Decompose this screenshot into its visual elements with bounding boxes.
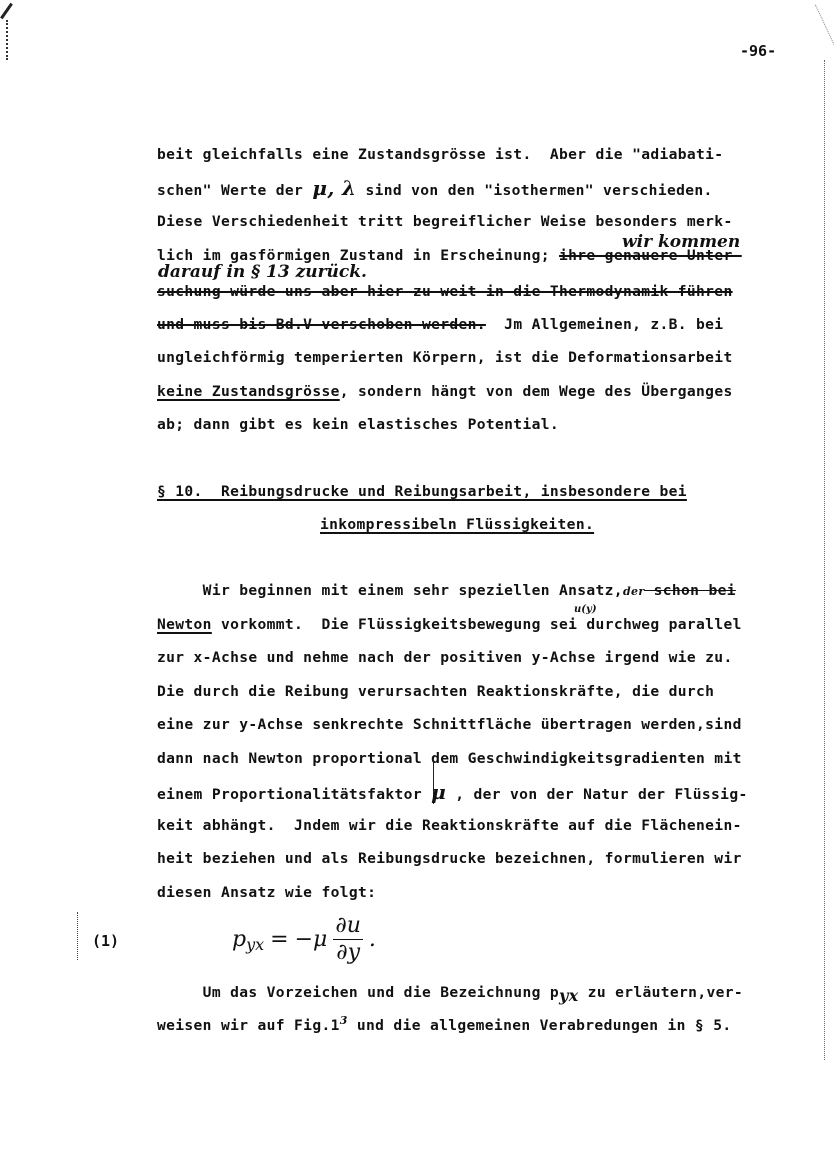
document-page: -96- beit gleichfalls eine Zustandsgröss… <box>0 0 834 1169</box>
text-span: Wir beginnen mit einem sehr speziellen A… <box>157 582 623 599</box>
handwritten-correction: 3 <box>340 1014 348 1027</box>
text-line: Wir beginnen mit einem sehr speziellen A… <box>157 582 736 601</box>
equation-coefficient: −μ <box>295 927 328 952</box>
text-span: Um das Vorzeichen und die Bezeichnung p <box>157 984 559 1001</box>
text-line: heit beziehen und als Reibungsdrucke bez… <box>157 850 742 868</box>
equation-equals: = <box>270 927 288 952</box>
page-number: -96- <box>740 42 776 60</box>
handwritten-insertion: u(y) <box>574 604 597 615</box>
underlined-text: keine Zustandsgrösse <box>157 383 340 400</box>
equation-fraction: ∂u ∂y <box>333 915 363 964</box>
equation-number: (1) <box>92 932 119 950</box>
text-line: zur x-Achse und nehme nach der positiven… <box>157 649 733 667</box>
text-span: , der von der Natur der Flüssig- <box>446 786 748 803</box>
fraction-denominator: ∂y <box>336 940 360 964</box>
struck-text: schon bei <box>645 582 736 599</box>
page-edge-corner <box>815 4 834 60</box>
equation-lhs-subscript: yx <box>246 935 264 954</box>
text-line: keine Zustandsgrösse, sondern hängt von … <box>157 383 733 401</box>
text-line: Diese Verschiedenheit tritt begreifliche… <box>157 213 733 231</box>
text-line: Die durch die Reibung verursachten Reakt… <box>157 683 714 701</box>
text-span: sind von den "isothermen" verschieden. <box>356 182 712 199</box>
text-line: Um das Vorzeichen und die Bezeichnung py… <box>157 983 743 1002</box>
text-span: sei durchweg parallel <box>541 616 742 633</box>
handwritten-subscript: yx <box>559 986 579 1005</box>
handwritten-symbol: μ <box>431 780 446 804</box>
section-heading-continued: inkompressibeln Flüssigkeiten. <box>320 516 594 534</box>
fraction-numerator: ∂u <box>333 915 363 940</box>
text-span: vorkommt. Die Flüssigkeitsbewegung <box>212 616 541 633</box>
text-line: schen" Werte der μ, λ sind von den "isot… <box>157 179 713 200</box>
text-span: einem Proportionalitätsfaktor <box>157 786 431 803</box>
text-span: , sondern hängt von dem Wege des Übergan… <box>340 383 733 400</box>
struck-text-line: suchung würde uns aber hier zu weit in d… <box>157 283 733 301</box>
text-line: ungleichförmig temperierten Körpern, ist… <box>157 349 733 367</box>
text-line: diesen Ansatz wie folgt: <box>157 884 376 902</box>
handwritten-insertion: darauf in § 13 zurück. <box>158 262 367 282</box>
text-line: ab; dann gibt es kein elastisches Potent… <box>157 416 559 434</box>
struck-text: und muss bis Bd.V verschoben werden. <box>157 316 486 333</box>
text-span: schen" Werte der <box>157 182 312 199</box>
equation-trailing: . <box>369 927 376 952</box>
page-edge <box>824 60 825 1060</box>
equation: pyx = −μ ∂u ∂y . <box>232 915 376 964</box>
text-line: Newton vorkommt. Die Flüssigkeitsbewegun… <box>157 616 742 634</box>
text-line: eine zur y-Achse senkrechte Schnittfläch… <box>157 716 742 734</box>
text-line: keit abhängt. Jndem wir die Reaktionskrä… <box>157 817 742 835</box>
text-span: und die allgemeinen Verabredungen in § 5… <box>348 1017 732 1034</box>
underlined-text: Newton <box>157 616 212 633</box>
equation-lhs-symbol: p <box>232 927 246 952</box>
text-line: einem Proportionalitätsfaktor μ , der vo… <box>157 783 748 804</box>
handwritten-insertion: der <box>623 585 645 598</box>
struck-text: ihre genauere Unter- <box>559 247 742 264</box>
text-line: weisen wir auf Fig.13 und die allgemeine… <box>157 1017 731 1036</box>
text-span: Jm Allgemeinen, z.B. bei <box>486 316 724 333</box>
equation-lhs: pyx <box>232 927 264 952</box>
scan-artifact-dots <box>6 20 8 60</box>
text-line: und muss bis Bd.V verschoben werden. Jm … <box>157 316 723 334</box>
section-heading: § 10. Reibungsdrucke und Reibungsarbeit,… <box>157 483 687 501</box>
text-span: zu erläutern,ver- <box>579 984 743 1001</box>
text-line: beit gleichfalls eine Zustandsgrösse ist… <box>157 146 723 164</box>
margin-mark <box>77 912 78 960</box>
text-line: dann nach Newton proportional dem Geschw… <box>157 750 742 768</box>
scan-artifact-mark <box>0 3 13 19</box>
text-span: weisen wir auf Fig.1 <box>157 1017 340 1034</box>
handwritten-symbols: μ, λ <box>312 176 356 200</box>
